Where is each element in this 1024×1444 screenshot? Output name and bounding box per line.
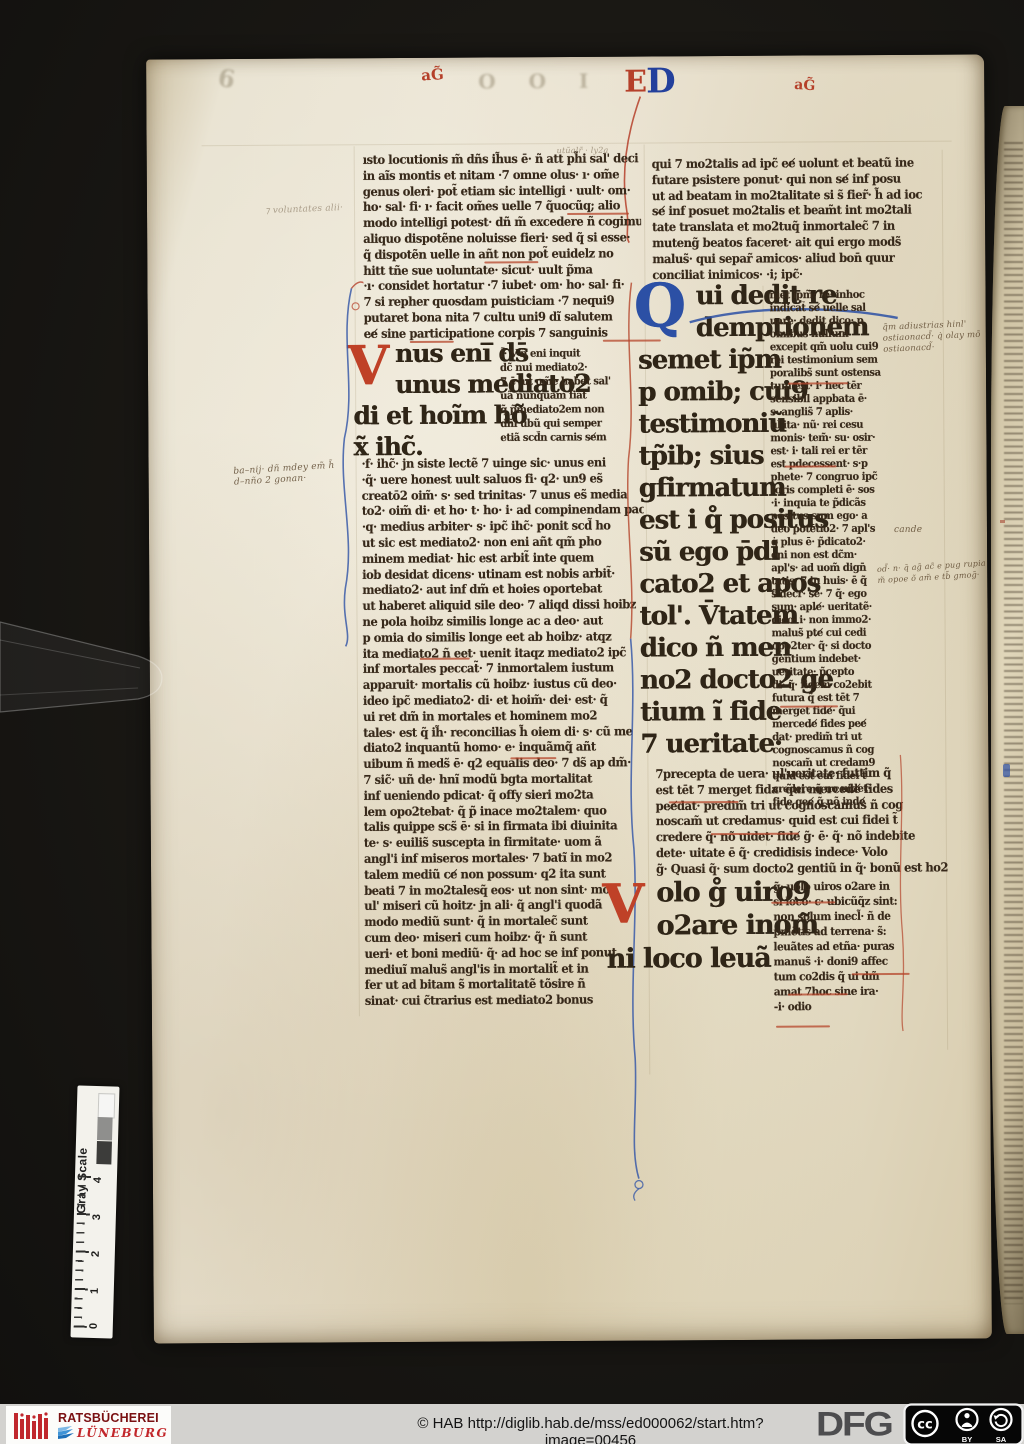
page-holder-strip [0, 600, 175, 725]
text-line: -i· odio [774, 999, 958, 1016]
rubric-underline [780, 705, 838, 707]
rubric-underline [776, 1025, 830, 1027]
rubric-underline [510, 757, 556, 759]
cc-license-badge: cc BY SA [903, 1402, 1024, 1444]
manuscript-page: aG̃ O O I E D aG̃ 6 utũalr̃ · ly2a ısto … [146, 54, 992, 1343]
by-label: BY [962, 1435, 972, 1444]
ruler-number-0: 0 [88, 1323, 100, 1329]
organ-pipes-icon [12, 1409, 54, 1441]
margin-note-left: ba–nij· dñ mdey em̃ h̃ d–nño 2 gonan· [233, 461, 335, 489]
rubric-underline [420, 658, 470, 660]
text-line: sinat· cui c̃trarius est mediato2 bonus [365, 992, 647, 1010]
sa-label: SA [996, 1435, 1007, 1444]
show-through-letters: O O I [478, 69, 601, 94]
gloss-column2-top: qui 7 mo2talis ad ipc̃ ee̸ uolunt et bea… [652, 155, 943, 283]
margin-note-cande: cande [894, 525, 922, 536]
rubric-underline [410, 341, 454, 343]
brand-name-top: RATSBÜCHEREI [58, 1411, 168, 1425]
rubric-underline [484, 261, 538, 263]
svg-text:cc: cc [917, 1418, 932, 1433]
running-title-left: aG̃ [421, 65, 445, 84]
facing-page-blue-initial [1003, 764, 1010, 777]
margin-note-right-upper: q̃m adiustrias hinl' ostiaonacd̃· q̇ ola… [882, 319, 981, 356]
rubric-underline [603, 339, 661, 341]
running-title-right: aG̃ [794, 77, 816, 94]
margin-note-left-faint: ⁊ voluntates alii· [265, 203, 344, 217]
gray-scale-ruler: Gray Scale 4 3 2 1 0 [70, 1085, 119, 1338]
ruler-number-1: 1 [89, 1288, 101, 1294]
folio-corner-mark: 6 [216, 63, 237, 94]
ruler-number-3: 3 [91, 1214, 103, 1220]
copyright-url: © HAB http://diglib.hab.de/mss/ed000062/… [398, 1415, 783, 1444]
digitized-manuscript-photo: aG̃ O O I E D aG̃ 6 utũalr̃ · ly2a ısto … [0, 0, 1024, 1444]
facing-page-edge [991, 106, 1024, 1334]
initial-v-red-volo: V [602, 877, 644, 931]
gloss-column1-top: ısto locutionis m̃ dñs ih̃us ē· ñ att ph… [363, 151, 642, 342]
footer-bar: RATSBÜCHEREI LÜNEBURG © HAB http://digli… [0, 1404, 1024, 1444]
facing-page-red-mark [1000, 520, 1005, 523]
gray-patch-white [98, 1093, 116, 1118]
brand-name-bottom: LÜNEBURG [77, 1426, 168, 1440]
ruler-number-4: 4 [92, 1177, 104, 1183]
book-icon [58, 1426, 74, 1439]
dfg-logo: DFG [816, 1405, 892, 1444]
gloss-column2-right: niet ipm̃· re· inhocindicat̃ se̸ uelle s… [769, 288, 946, 809]
penwork-vine-left [333, 276, 365, 651]
facing-page-text-edge [1004, 142, 1023, 1304]
gray-patch-dark [96, 1141, 112, 1164]
ratsbuecherei-logo: RATSBÜCHEREI LÜNEBURG [6, 1406, 171, 1444]
ruler-number-2: 2 [90, 1251, 102, 1257]
rubric-flourish-right [892, 753, 912, 1035]
rubric-underline [785, 465, 837, 467]
gray-patch-mid [97, 1117, 113, 1140]
